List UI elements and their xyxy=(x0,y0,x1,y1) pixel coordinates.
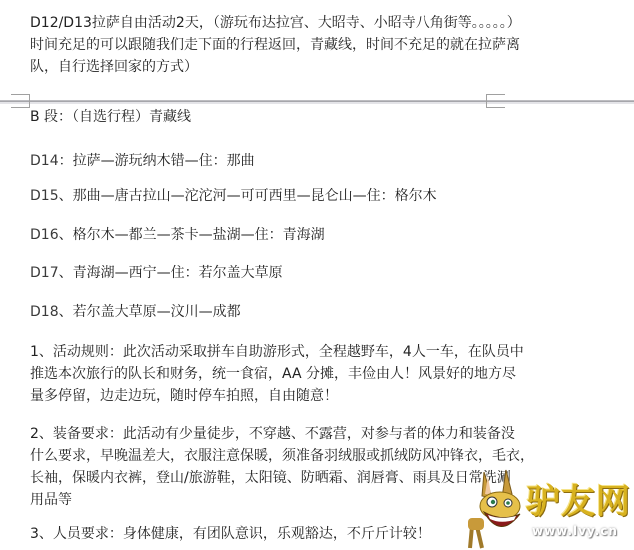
itinerary-item: D17、青海湖—西宁—住：若尔盖大草原 xyxy=(30,262,620,284)
intro-line: 时间充足的可以跟随我们走下面的行程返回，青藏线，时间不充足的就在拉萨离 xyxy=(30,34,620,56)
day-route: 那曲—唐古拉山—沱沱河—可可西里—昆仑山—住：格尔木 xyxy=(73,188,437,204)
page-break-shadow xyxy=(0,102,634,104)
day-route: 格尔木—都兰—茶卡—盐湖—住：青海湖 xyxy=(73,227,325,243)
rule-line: 2、装备要求：此活动有少量徒步，不穿越、不露营，对参与者的体力和装备没 xyxy=(30,423,620,445)
page-break-divider xyxy=(0,100,634,104)
day-label: D14 xyxy=(30,153,59,169)
section-title: B 段：（自选行程）青藏线 xyxy=(30,106,620,128)
intro-paragraph: D12/D13拉萨自由活动2天，（游玩布达拉宫、大昭寺、小昭寺八角街等。。。。。… xyxy=(30,12,620,78)
watermark-logo: 驴友网 www.lvy.cn xyxy=(462,468,634,550)
section-title-text: B 段：（自选行程）青藏线 xyxy=(30,106,620,128)
rule-line: 1、活动规则：此次活动采取拼车自助游形式，全程越野车，4人一车，在队员中 xyxy=(30,341,620,363)
watermark-url: www.lvy.cn xyxy=(532,524,618,538)
itinerary-item: D14：拉萨—游玩纳木错—住：那曲 xyxy=(30,150,620,172)
intro-line: D12/D13拉萨自由活动2天，（游玩布达拉宫、大昭寺、小昭寺八角街等。。。。。… xyxy=(30,12,620,34)
day-label: D18 xyxy=(30,304,59,320)
rule-activity: 1、活动规则：此次活动采取拼车自助游形式，全程越野车，4人一车，在队员中 推选本… xyxy=(30,341,620,407)
day-label: D17 xyxy=(30,265,59,281)
itinerary-item: D16、格尔木—都兰—茶卡—盐湖—住：青海湖 xyxy=(30,224,620,246)
day-separator: 、 xyxy=(59,227,73,243)
day-separator: 、 xyxy=(59,265,73,281)
intro-line: 队，自行选择回家的方式） xyxy=(30,56,620,78)
rule-line: 什么要求，早晚温差大，衣服注意保暖，须准备羽绒服或抓绒防风冲锋衣，毛衣， xyxy=(30,445,620,467)
margin-corner-mark-left xyxy=(11,94,30,108)
rule-line: 推选本次旅行的队长和财务，统一食宿，AA 分摊，丰俭由人！风景好的地方尽 xyxy=(30,363,620,385)
day-label: D16 xyxy=(30,227,59,243)
day-separator: 、 xyxy=(59,304,73,320)
day-route: 拉萨—游玩纳木错—住：那曲 xyxy=(73,153,255,169)
day-separator: ： xyxy=(59,153,73,169)
itinerary-item: D18、若尔盖大草原—汶川—成都 xyxy=(30,301,620,323)
donkey-mascot-icon xyxy=(462,468,532,550)
day-separator: 、 xyxy=(59,188,73,204)
rule-line: 量多停留，边走边玩，随时停车拍照，自由随意！ xyxy=(30,385,620,407)
day-route: 青海湖—西宁—住：若尔盖大草原 xyxy=(73,265,283,281)
itinerary-item: D15、那曲—唐古拉山—沱沱河—可可西里—昆仑山—住：格尔木 xyxy=(30,185,620,207)
watermark-brand: 驴友网 xyxy=(526,474,631,523)
day-route: 若尔盖大草原—汶川—成都 xyxy=(73,304,241,320)
day-label: D15 xyxy=(30,188,59,204)
document-page: D12/D13拉萨自由活动2天，（游玩布达拉宫、大昭寺、小昭寺八角街等。。。。。… xyxy=(0,0,634,550)
